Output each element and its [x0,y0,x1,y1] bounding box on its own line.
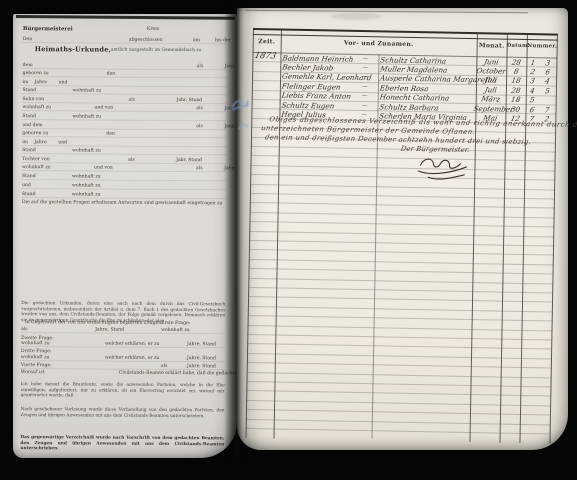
form-paragraphs: Die gedachten Urkunden, deren eine auch … [13,14,237,15]
form-text: Bürgermeisterei [23,26,73,32]
form-rule [21,153,226,155]
form-line: imJahreund [13,80,237,88]
entry-month: März [473,94,509,104]
form-rule [21,179,226,181]
row-line [249,259,554,266]
form-text: und von [94,165,113,171]
form-rule [22,85,227,87]
form-text: Stand [23,88,37,94]
form-line: Sohn vonalsJahr, Stand [12,97,236,105]
form-text: wohnhaft zu [72,114,101,120]
form-paragraph: Nach geschehener Vorlesung wurde diese V… [21,407,225,419]
form-text: und [58,140,67,146]
entry-day: 28 [506,57,528,66]
mayor-signature [416,155,474,182]
column-line [245,30,253,438]
row-line [246,409,551,416]
left-page-content: Heimaths-Urkunde, amtlich ausgestellt im… [10,14,237,459]
form-text: Jahr, Stand [176,158,202,164]
form-text: wohnhaft zu [22,165,51,171]
entry-number: 6 [540,67,555,76]
pencil-mark [230,96,250,112]
entry-number: 7 [540,105,555,114]
form-text: als [196,166,203,172]
row-line [249,249,554,256]
certification-note-line: den ein und dreißigsten December achtzeh… [264,133,531,146]
form-line: wohnhaft zuwelcher erklären, er zuJahre,… [11,341,235,349]
row-line [248,287,553,294]
form-text: wohnhaft zu [72,183,101,189]
row-line [249,240,554,247]
form-line: wohnhaft zuund vonalsJahr, [12,165,236,173]
entry-number: 4 [540,77,555,86]
form-lines: BürgermeistereiKreisDenabgeschlossenambi… [13,14,237,15]
form-paragraph: Die gedachten Urkunden, deren eine auch … [21,301,225,324]
form-text: als [197,64,204,70]
form-line: geboren zuden [12,131,236,139]
row-line [249,221,554,228]
row-line [246,390,551,397]
form-line: undwohnhaft zu [12,183,236,191]
form-text: Jahr, Stand [176,98,202,104]
entry-index: 1 [526,58,541,67]
row-line [247,362,552,369]
form-text: wohnhaft zu [161,328,190,334]
form-line: wohnhaft zuund vonalsJahr, [12,105,236,113]
form-text: Jahre [34,140,47,146]
form-text: als [128,98,135,104]
entry-index: 3 [525,76,540,85]
entry-husband-name: Liebis Franz Anton [281,91,352,101]
form-rule [21,188,226,190]
form-rule [22,93,227,95]
page-title-note: amtlich ausgestellt im Gemeindebuch zu [111,48,202,54]
form-text: und dem [22,123,42,129]
row-line [250,202,555,209]
form-text: Jahre, Stand [187,364,216,370]
form-line: Standwohnhaft zu [13,88,237,96]
form-line: Tochter vonalsJahr, Stand [12,157,236,165]
column-header-names: Vor- und Zunamen. [281,39,477,50]
column-header-monat: Monat. [477,42,507,50]
right-page: Zeit. Vor- und Zunamen. Monat. Datum. Nu… [237,8,568,450]
mayor-title-line: Der Bürgermeister. [400,145,470,154]
entry-husband-name: Schultz Eugen [281,100,335,110]
form-line: Standwohnhaft zu [12,114,236,122]
row-line [250,193,555,200]
form-text: Jahre [35,80,48,86]
form-rule [21,197,226,199]
left-page: Heimaths-Urkunde, amtlich ausgestellt im… [13,14,237,458]
row-line [250,174,555,181]
row-line [248,278,553,285]
form-text: Den [23,37,32,43]
form-text: Vierte Frage: [21,363,52,369]
form-line: und demalsJahr, [12,123,236,131]
ditto-mark: ⁓ [362,64,369,73]
form-text: wohnhaft zu [72,148,101,154]
column-header-nummer: Nummer. [527,43,558,50]
form-text: welcher erklären, er zu [105,356,160,362]
row-line [250,165,555,172]
form-line: geboren zuden [13,71,237,79]
column-line [273,31,281,439]
form-text: als [196,124,203,130]
form-text: und von [94,105,113,111]
form-text: dem [23,63,33,69]
form-text: Die auf die gestellten Fragen erhaltenen… [22,200,223,207]
form-paragraph: Das gegenwärtige Verzeichniß wurde nach … [20,435,224,453]
scanned-book-spread: Heimaths-Urkunde, amtlich ausgestellt im… [0,0,577,480]
form-text: wohnhaft zu [72,192,101,198]
form-line: Worauf istCivilstands-Beamte erklärt hab… [11,370,235,378]
form-text: geboren zu [23,71,49,77]
form-text: wohnhaft zu [22,105,51,111]
form-text: Worauf ist [21,370,45,376]
row-line [248,306,553,313]
form-text: Sohn von [22,97,44,103]
form-line: alsJahre, Standwohnhaft zu [11,327,235,335]
entry-index: 2 [525,67,540,76]
column-line [549,36,557,444]
form-text: Jahre, Stand [187,342,216,348]
row-line [248,315,553,322]
form-rule [22,76,227,78]
form-line: Standwohnhaft zu [12,174,236,182]
entry-index: 4 [525,86,540,95]
form-text: als [21,327,28,333]
form-text: als [161,364,168,370]
form-text: geboren zu [22,131,48,137]
column-header-zeit: Zeit. [253,38,281,46]
row-line [248,296,553,303]
form-rule [21,136,226,138]
form-text: den [107,72,116,78]
entry-day: 30 [505,104,527,113]
form-text: als [128,158,135,164]
entry-day: 8 [505,67,527,76]
form-text: als [196,106,203,112]
entry-number: 5 [540,86,555,95]
entry-index: 6 [525,105,540,114]
form-text: abgeschlossen [129,38,163,44]
form-text: im [22,140,28,146]
ditto-mark: ⁓ [361,102,368,111]
form-text: den [106,132,115,138]
form-line: Standwohnhaft zu [12,192,236,200]
row-line [247,334,552,341]
form-text: Stand [22,114,36,120]
entry-month: Juli [473,75,509,85]
entry-month: September [473,104,509,114]
form-text: wohnhaft zu [21,341,50,347]
form-line: imJahreund [12,140,236,148]
row-line [250,212,555,219]
page-edge-rule [245,10,528,13]
form-text: Jahre, Stand [187,356,216,362]
row-line [249,268,554,275]
column-header-datum: Datum. [507,43,527,49]
form-text: Kreis [147,27,159,33]
form-text: Stand [22,174,36,180]
form-text: und [59,80,68,86]
form-text: Stand [22,192,36,198]
form-text: und [22,183,31,189]
form-line: wohnhaft zuwelcher erklären, er zuJahre,… [11,355,235,363]
form-text: wohnhaft zu [73,88,102,94]
form-text: Jahre, Stand [95,328,124,334]
form-text: im [23,80,29,86]
page-title: Heimaths-Urkunde, [35,45,111,53]
year-label: 1873 [253,51,277,61]
pencil-mark [237,120,249,132]
row-line [246,419,551,426]
entry-day: 28 [505,85,527,94]
form-rule [21,119,226,121]
entry-wife-name: Schultz Barbara [379,102,439,112]
ditto-mark: ⁓ [361,92,368,101]
column-line [372,54,380,438]
row-line [249,231,554,238]
form-line: BürgermeistereiKreis [13,26,237,34]
form-rule [21,145,226,147]
row-line [247,372,552,379]
row-line [251,155,556,162]
row-line [247,353,552,360]
form-text: am [193,38,200,44]
row-line [247,343,552,350]
ditto-mark: ⁓ [361,83,368,92]
form-paragraph: Ich habe darauf die Brautleute, sowie di… [21,382,225,400]
form-line: demalsJahr, [13,63,237,71]
entry-wife-name: Honecht Catharina [379,93,450,103]
gutter-shadow [224,6,244,458]
records-table: Zeit. Vor- und Zunamen. Monat. Datum. Nu… [245,28,558,450]
row-line [246,400,551,407]
row-line [247,381,552,388]
form-text: Stand [22,148,36,154]
ditto-mark: ⁓ [362,55,369,64]
row-line [248,325,553,332]
form-line: Standwohnhaft zu [12,148,236,156]
entry-index: 5 [525,95,540,104]
form-line: Denabgeschlossenambis der [13,37,237,45]
row-line [250,184,555,191]
entry-month: Juli [473,85,509,95]
form-text: wohnhaft zu [21,355,50,361]
form-text: welcher erklären, er zu [105,342,160,348]
entry-day: 18 [505,95,527,104]
entry-number: 3 [541,58,556,67]
entry-month: Juni [474,57,510,67]
row-line [246,428,551,435]
form-text: wohnhaft zu [72,174,101,180]
form-line: Die auf die gestellten Fragen erhaltenen… [12,200,236,208]
form-text: Tochter von [22,157,50,163]
entry-day: 18 [505,76,527,85]
stain [330,13,382,20]
